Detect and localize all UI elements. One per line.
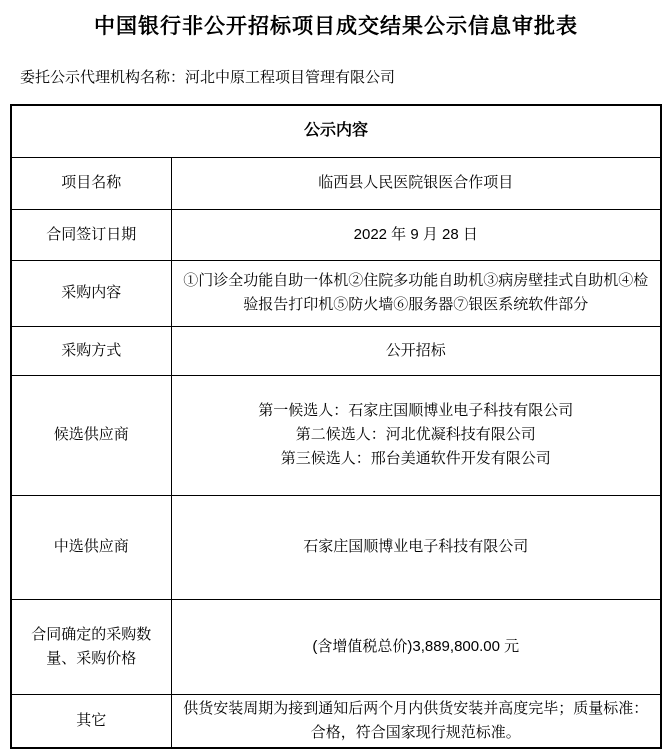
candidate-first: 第一候选人：石家庄国顺博业电子科技有限公司 [180, 399, 653, 423]
row-label-procure-method: 采购方式 [11, 326, 171, 375]
row-label-contract-date: 合同签订日期 [11, 209, 171, 260]
table-row: 中选供应商 石家庄国顺博业电子科技有限公司 [11, 495, 661, 599]
row-label-other: 其它 [11, 694, 171, 748]
row-label-candidates: 候选供应商 [11, 375, 171, 495]
row-value-price: (含增值税总价)3,889,800.00 元 [171, 599, 661, 694]
row-label-procure-content: 采购内容 [11, 260, 171, 326]
table-row: 合同确定的采购数量、采购价格 (含增值税总价)3,889,800.00 元 [11, 599, 661, 694]
table-row: 候选供应商 第一候选人：石家庄国顺博业电子科技有限公司 第二候选人：河北优凝科技… [11, 375, 661, 495]
table-row: 采购方式 公开招标 [11, 326, 661, 375]
row-label-project-name: 项目名称 [11, 157, 171, 209]
document-title: 中国银行非公开招标项目成交结果公示信息审批表 [0, 13, 672, 39]
table-row: 项目名称 临西县人民医院银医合作项目 [11, 157, 661, 209]
row-value-winner: 石家庄国顺博业电子科技有限公司 [171, 495, 661, 599]
publicity-info-table: 公示内容 项目名称 临西县人民医院银医合作项目 合同签订日期 2022 年 9 … [10, 104, 662, 749]
row-label-winner: 中选供应商 [11, 495, 171, 599]
row-value-candidates: 第一候选人：石家庄国顺博业电子科技有限公司 第二候选人：河北优凝科技有限公司 第… [171, 375, 661, 495]
table-row: 其它 供货安装周期为接到通知后两个月内供货安装并高度完毕；质量标准：合格，符合国… [11, 694, 661, 748]
row-label-price: 合同确定的采购数量、采购价格 [11, 599, 171, 694]
row-value-contract-date: 2022 年 9 月 28 日 [171, 209, 661, 260]
row-value-project-name: 临西县人民医院银医合作项目 [171, 157, 661, 209]
table-row-header: 公示内容 [11, 105, 661, 157]
candidate-second: 第二候选人：河北优凝科技有限公司 [180, 423, 653, 447]
candidate-third: 第三候选人：邢台美通软件开发有限公司 [180, 447, 653, 471]
table-row: 采购内容 ①门诊全功能自助一体机②住院多功能自助机③病房壁挂式自助机④检验报告打… [11, 260, 661, 326]
table-row: 合同签订日期 2022 年 9 月 28 日 [11, 209, 661, 260]
agency-name-line: 委托公示代理机构名称：河北中原工程项目管理有限公司 [20, 69, 672, 87]
row-value-procure-method: 公开招标 [171, 326, 661, 375]
row-value-other: 供货安装周期为接到通知后两个月内供货安装并高度完毕；质量标准：合格，符合国家现行… [171, 694, 661, 748]
section-header-cell: 公示内容 [11, 105, 661, 157]
row-value-procure-content: ①门诊全功能自助一体机②住院多功能自助机③病房壁挂式自助机④检验报告打印机⑤防火… [171, 260, 661, 326]
approval-form-document: 中国银行非公开招标项目成交结果公示信息审批表 委托公示代理机构名称：河北中原工程… [0, 0, 672, 756]
